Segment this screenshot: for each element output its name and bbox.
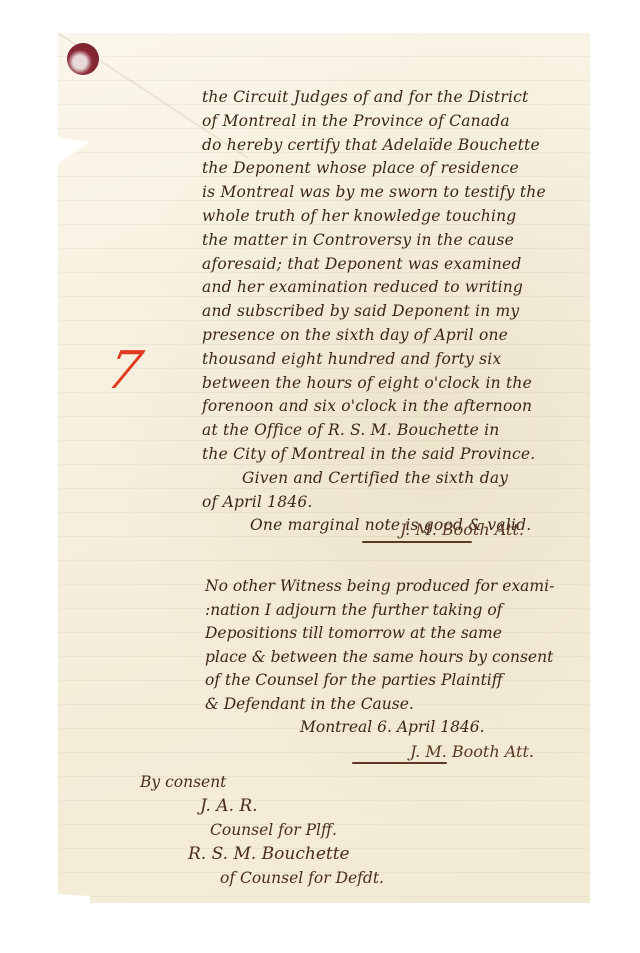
adjournment-line: :nation I adjourn the further taking of [205, 599, 590, 623]
certificate-line: aforesaid; that Deponent was examined [202, 253, 592, 277]
certificate-line: forenoon and six o'clock in the afternoo… [202, 395, 592, 419]
certificate-line: the City of Montreal in the said Provinc… [202, 443, 592, 467]
adjournment-line: & Defendant in the Cause. [205, 693, 590, 717]
plaintiff-counsel-signature: J. A. R. [140, 794, 384, 818]
certificate-line: Given and Certified the sixth day [202, 467, 592, 491]
consent-section: By consent J. A. R. Counsel for Plff. R.… [140, 770, 384, 890]
certificate-line: presence on the sixth day of April one [202, 324, 592, 348]
marginal-note-line: One marginal note is good & valid. [202, 514, 592, 538]
certificate-line: thousand eight hundred and forty six [202, 348, 592, 372]
certificate-line: whole truth of her knowledge touching [202, 205, 592, 229]
adjournment-line: place & between the same hours by consen… [205, 646, 590, 670]
certificate-line: of Montreal in the Province of Canada [202, 110, 592, 134]
adjournment-line: No other Witness being produced for exam… [205, 575, 590, 599]
certificate-line: the matter in Controversy in the cause [202, 229, 592, 253]
clerk-signature-1: J. M. Booth Att. [400, 520, 524, 539]
certificate-line: and subscribed by said Deponent in my [202, 300, 592, 324]
signature-flourish [352, 762, 447, 764]
certificate-line: between the hours of eight o'clock in th… [202, 372, 592, 396]
adjournment-line: Depositions till tomorrow at the same [205, 622, 590, 646]
certificate-line: and her examination reduced to writing [202, 276, 592, 300]
date-line: Montreal 6. April 1846. [205, 716, 590, 740]
defendant-counsel-signature: R. S. M. Bouchette [140, 842, 384, 866]
certificate-line: do hereby certify that Adelaïde Bouchett… [202, 134, 592, 158]
wax-seal-remnant [67, 43, 99, 75]
certificate-line: is Montreal was by me sworn to testify t… [202, 181, 592, 205]
defendant-counsel-role: of Counsel for Defdt. [140, 866, 384, 890]
certificate-line: the Circuit Judges of and for the Distri… [202, 86, 592, 110]
certificate-line: at the Office of R. S. M. Bouchette in [202, 419, 592, 443]
plaintiff-counsel-role: Counsel for Plff. [140, 818, 384, 842]
certificate-text: the Circuit Judges of and for the Distri… [202, 86, 592, 538]
signature-flourish [362, 541, 472, 543]
certificate-line: the Deponent whose place of residence [202, 157, 592, 181]
certificate-line: of April 1846. [202, 491, 592, 515]
consent-heading: By consent [140, 770, 384, 794]
adjournment-text: No other Witness being produced for exam… [205, 575, 590, 740]
clerk-signature-2: J. M. Booth Att. [410, 742, 534, 761]
adjournment-line: of the Counsel for the parties Plaintiff [205, 669, 590, 693]
